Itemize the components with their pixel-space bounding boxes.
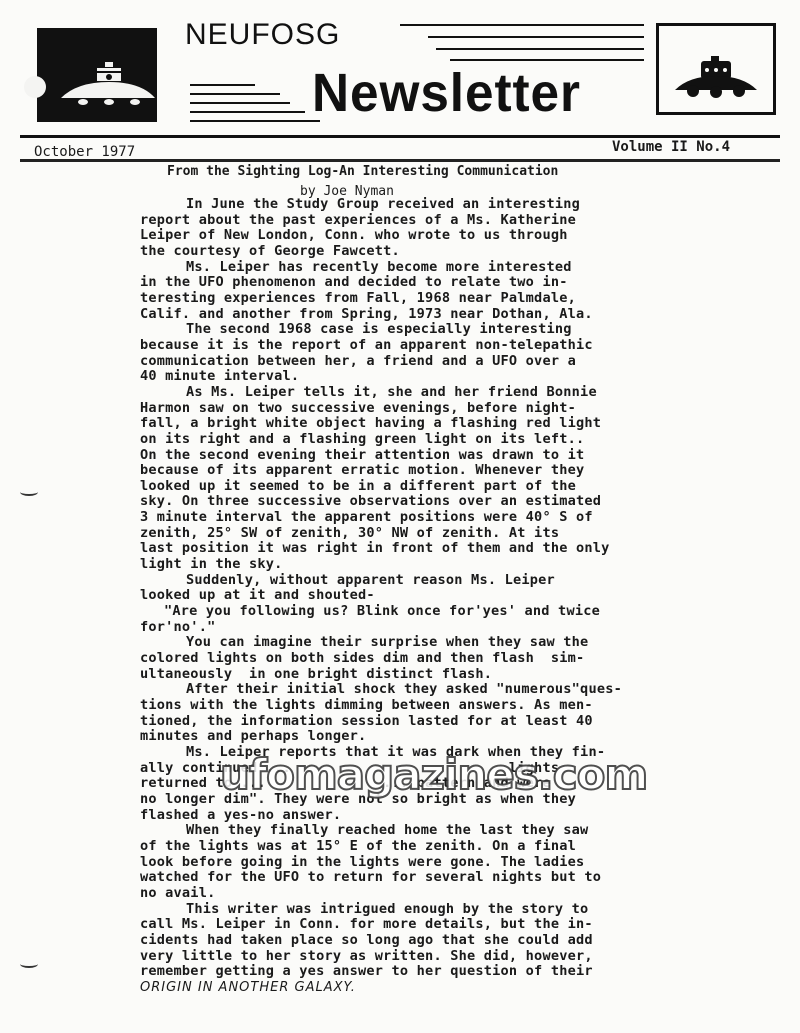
article-line: This writer was intrigued enough by the … (140, 902, 700, 918)
article-line: You can imagine their surprise when they… (140, 635, 700, 651)
issue-volume: Volume II No.4 (612, 139, 730, 155)
article-line: last position it was right in front of t… (140, 541, 700, 557)
binder-hole-mark (20, 488, 38, 496)
article-line: call Ms. Leiper in Conn. for more detail… (140, 917, 700, 933)
article-line: Harmon saw on two successive evenings, b… (140, 401, 700, 417)
decorative-rule (190, 93, 280, 95)
newsletter-title: Newsletter (312, 62, 581, 124)
article-line: After their initial shock they asked "nu… (140, 682, 700, 698)
article-line: communication between her, a friend and … (140, 354, 700, 370)
article-line: for'no'." (140, 620, 700, 636)
article-line: 3 minute interval the apparent positions… (140, 510, 700, 526)
binder-hole-mark (20, 960, 38, 968)
header-rule (20, 135, 780, 138)
article-line: cidents had taken place so long ago that… (140, 933, 700, 949)
article-line: As Ms. Leiper tells it, she and her frie… (140, 385, 700, 401)
article-line: flashed a yes-no answer. (140, 808, 700, 824)
article-line: on its right and a flashing green light … (140, 432, 700, 448)
article-line: in the UFO phenomenon and decided to rel… (140, 275, 700, 291)
article-line: because it is the report of an apparent … (140, 338, 700, 354)
article-line: looked up it seemed to be in a different… (140, 479, 700, 495)
handwritten-note: ORIGIN IN ANOTHER GALAXY. (140, 980, 700, 996)
decorative-rule (428, 36, 644, 38)
article-line: remember getting a yes answer to her que… (140, 964, 700, 980)
decorative-rule (190, 84, 255, 86)
issue-date: October 1977 (34, 144, 135, 160)
org-name: NEUFOSG (185, 18, 340, 52)
decorative-rule (450, 59, 644, 61)
article-line: Suddenly, without apparent reason Ms. Le… (140, 573, 700, 589)
article-body: In June the Study Group received an inte… (140, 197, 700, 995)
article-line: of the lights was at 15° E of the zenith… (140, 839, 700, 855)
article-line: watched for the UFO to return for severa… (140, 870, 700, 886)
watermark: ufomagazines.com (220, 750, 647, 799)
decorative-rule (190, 120, 320, 122)
header-rule (20, 159, 780, 162)
ufo-saucer-icon (656, 23, 776, 115)
decorative-rule (190, 102, 290, 104)
article-line: Leiper of New London, Conn. who wrote to… (140, 228, 700, 244)
article-line: tioned, the information session lasted f… (140, 714, 700, 730)
article-line: fall, a bright white object having a fla… (140, 416, 700, 432)
ufo-saucer-icon (37, 28, 157, 122)
article-line: On the second evening their attention wa… (140, 448, 700, 464)
article-line: The second 1968 case is especially inter… (140, 322, 700, 338)
article-line: the courtesy of George Fawcett. (140, 244, 700, 260)
article-title: From the Sighting Log-An Interesting Com… (167, 164, 558, 179)
article-line: look before going in the lights were gon… (140, 855, 700, 871)
article-line: Calif. and another from Spring, 1973 nea… (140, 307, 700, 323)
article-line: ultaneously in one bright distinct flash… (140, 667, 700, 683)
article-line: zenith, 25° SW of zenith, 30° NW of zeni… (140, 526, 700, 542)
article-line: report about the past experiences of a M… (140, 213, 700, 229)
article-line: looked up at it and shouted- (140, 588, 700, 604)
article-line: colored lights on both sides dim and the… (140, 651, 700, 667)
moon-icon (24, 76, 46, 98)
decorative-rule (436, 48, 644, 50)
article-line: In June the Study Group received an inte… (140, 197, 700, 213)
article-line: because of its apparent erratic motion. … (140, 463, 700, 479)
article-line: teresting experiences from Fall, 1968 ne… (140, 291, 700, 307)
article-line: When they finally reached home the last … (140, 823, 700, 839)
article-line: "Are you following us? Blink once for'ye… (140, 604, 700, 620)
article-line: Ms. Leiper has recently become more inte… (140, 260, 700, 276)
decorative-rule (190, 111, 305, 113)
article-line: no avail. (140, 886, 700, 902)
article-line: light in the sky. (140, 557, 700, 573)
article-line: sky. On three successive observations ov… (140, 494, 700, 510)
article-line: very little to her story as written. She… (140, 949, 700, 965)
article-line: minutes and perhaps longer. (140, 729, 700, 745)
article-line: tions with the lights dimming between an… (140, 698, 700, 714)
decorative-rule (400, 24, 644, 26)
article-line: 40 minute interval. (140, 369, 700, 385)
